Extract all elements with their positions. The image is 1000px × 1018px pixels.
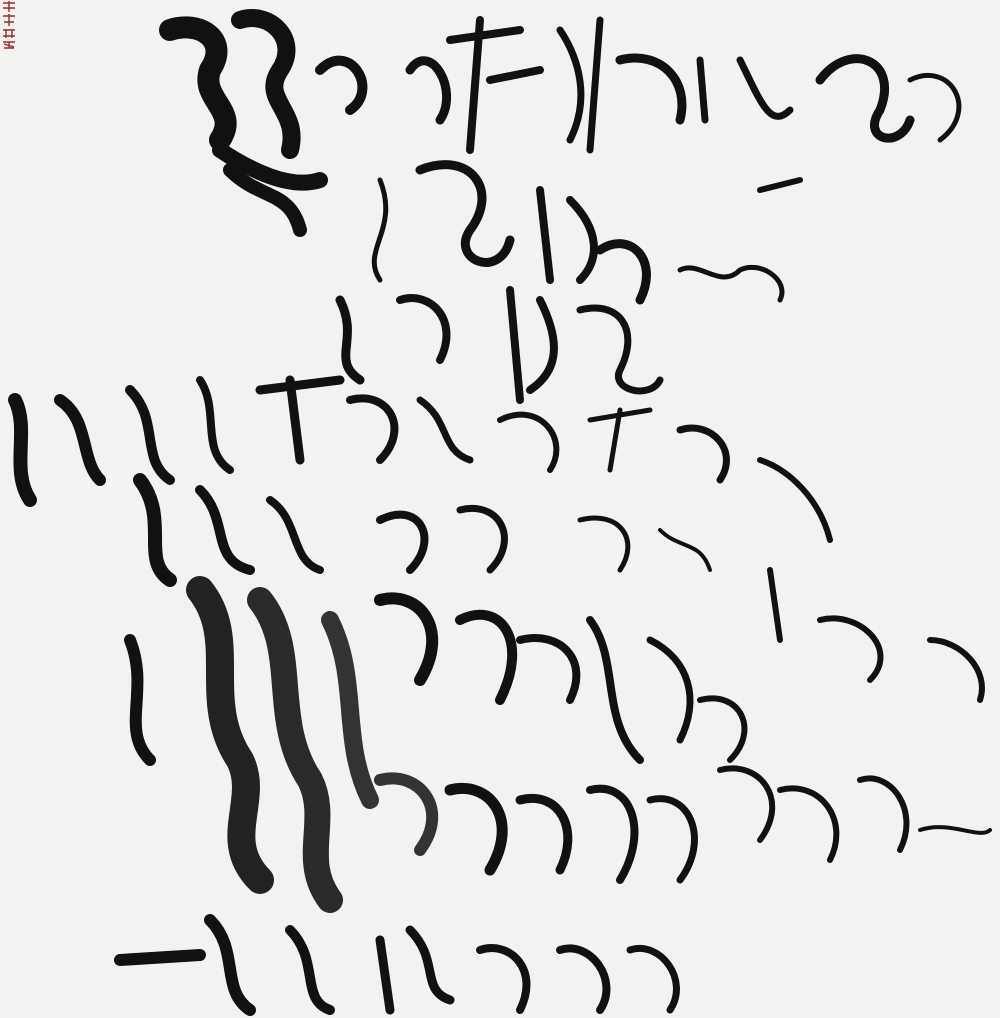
ink-strokes bbox=[0, 0, 1000, 1018]
red-seal-icon bbox=[0, 0, 18, 50]
calligraphy-artwork: Chinese cursive calligraphy, ink on pape… bbox=[0, 0, 1000, 1018]
